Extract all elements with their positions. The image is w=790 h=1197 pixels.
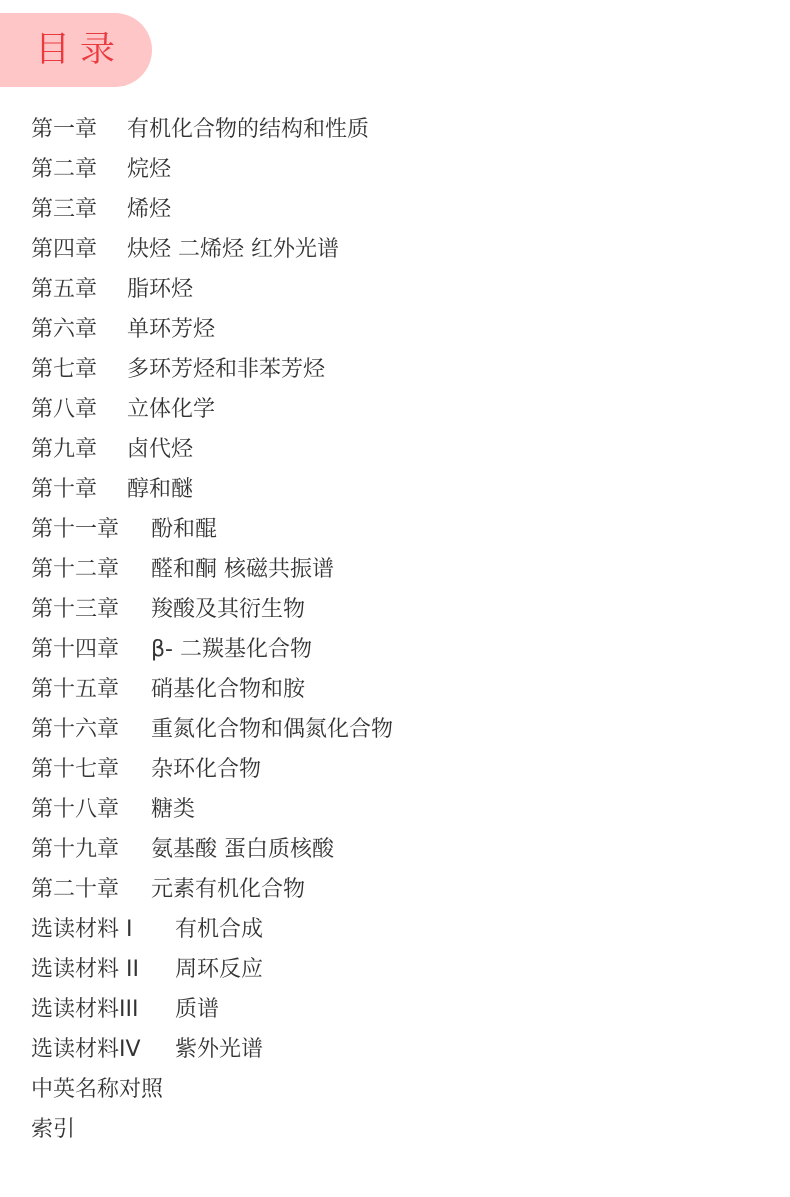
chapter-title: 脂环烃 <box>127 270 193 310</box>
chapter-title: 羧酸及其衍生物 <box>151 590 305 630</box>
toc-item-chapter-11[interactable]: 第十一章酚和醌 <box>31 510 393 550</box>
reading-title: 紫外光谱 <box>175 1030 263 1070</box>
chapter-title: 有机化合物的结构和性质 <box>127 110 369 150</box>
toc-item-chapter-5[interactable]: 第五章脂环烃 <box>31 270 393 310</box>
chapter-label: 第六章 <box>31 310 127 350</box>
chapter-label: 第十三章 <box>31 590 151 630</box>
chapter-label: 第十六章 <box>31 710 151 750</box>
chapter-title: 烷烃 <box>127 150 171 190</box>
reading-title: 质谱 <box>175 990 219 1030</box>
toc-item-chapter-7[interactable]: 第七章多环芳烃和非苯芳烃 <box>31 350 393 390</box>
toc-item-reading-1[interactable]: 选读材料 I有机合成 <box>31 910 393 950</box>
toc-item-reading-2[interactable]: 选读材料 II周环反应 <box>31 950 393 990</box>
chapter-label: 第十七章 <box>31 750 151 790</box>
chapter-label: 第十二章 <box>31 550 151 590</box>
chapter-title: 杂环化合物 <box>151 750 261 790</box>
reading-label: 选读材料 II <box>31 950 175 990</box>
toc-item-chapter-20[interactable]: 第二十章元素有机化合物 <box>31 870 393 910</box>
toc-item-chapter-3[interactable]: 第三章烯烃 <box>31 190 393 230</box>
chapter-label: 第二十章 <box>31 870 151 910</box>
chapter-label: 第五章 <box>31 270 127 310</box>
chapter-title: 元素有机化合物 <box>151 870 305 910</box>
reading-title: 有机合成 <box>175 910 263 950</box>
chapter-title: 硝基化合物和胺 <box>151 670 305 710</box>
chapter-label: 第十一章 <box>31 510 151 550</box>
toc-item-chapter-12[interactable]: 第十二章醛和酮 核磁共振谱 <box>31 550 393 590</box>
chapter-label: 第三章 <box>31 190 127 230</box>
chapter-title: 醇和醚 <box>127 470 193 510</box>
chapter-title: β- 二羰基化合物 <box>151 630 312 670</box>
chapter-label: 第四章 <box>31 230 127 270</box>
toc-item-reading-3[interactable]: 选读材料III质谱 <box>31 990 393 1030</box>
toc-item-chapter-8[interactable]: 第八章立体化学 <box>31 390 393 430</box>
chapter-title: 烯烃 <box>127 190 171 230</box>
chapter-title: 单环芳烃 <box>127 310 215 350</box>
chapter-label: 第十九章 <box>31 830 151 870</box>
chapter-label: 第十五章 <box>31 670 151 710</box>
toc-title: 目录 <box>35 33 125 68</box>
toc-item-glossary[interactable]: 中英名称对照 <box>31 1070 393 1110</box>
chapter-title: 酚和醌 <box>151 510 217 550</box>
toc-item-index[interactable]: 索引 <box>31 1110 393 1150</box>
toc-item-chapter-10[interactable]: 第十章醇和醚 <box>31 470 393 510</box>
toc-item-chapter-17[interactable]: 第十七章杂环化合物 <box>31 750 393 790</box>
toc-list: 第一章有机化合物的结构和性质 第二章烷烃 第三章烯烃 第四章炔烃 二烯烃 红外光… <box>31 110 393 1150</box>
toc-item-chapter-2[interactable]: 第二章烷烃 <box>31 150 393 190</box>
reading-label: 选读材料III <box>31 990 175 1030</box>
toc-item-chapter-14[interactable]: 第十四章β- 二羰基化合物 <box>31 630 393 670</box>
chapter-label: 第八章 <box>31 390 127 430</box>
toc-item-chapter-19[interactable]: 第十九章氨基酸 蛋白质核酸 <box>31 830 393 870</box>
reading-label: 选读材料 I <box>31 910 175 950</box>
chapter-label: 第十章 <box>31 470 127 510</box>
chapter-title: 卤代烃 <box>127 430 193 470</box>
chapter-label: 第一章 <box>31 110 127 150</box>
chapter-label: 第七章 <box>31 350 127 390</box>
chapter-label: 第九章 <box>31 430 127 470</box>
glossary-label: 中英名称对照 <box>31 1070 163 1110</box>
toc-item-chapter-4[interactable]: 第四章炔烃 二烯烃 红外光谱 <box>31 230 393 270</box>
chapter-title: 重氮化合物和偶氮化合物 <box>151 710 393 750</box>
chapter-title: 氨基酸 蛋白质核酸 <box>151 830 334 870</box>
chapter-title: 醛和酮 核磁共振谱 <box>151 550 334 590</box>
chapter-title: 糖类 <box>151 790 195 830</box>
index-label: 索引 <box>31 1110 75 1150</box>
toc-header-banner: 目录 <box>0 13 152 87</box>
toc-item-chapter-13[interactable]: 第十三章羧酸及其衍生物 <box>31 590 393 630</box>
chapter-label: 第十八章 <box>31 790 151 830</box>
chapter-title: 立体化学 <box>127 390 215 430</box>
chapter-label: 第十四章 <box>31 630 151 670</box>
toc-item-chapter-16[interactable]: 第十六章重氮化合物和偶氮化合物 <box>31 710 393 750</box>
toc-item-reading-4[interactable]: 选读材料IV紫外光谱 <box>31 1030 393 1070</box>
toc-item-chapter-1[interactable]: 第一章有机化合物的结构和性质 <box>31 110 393 150</box>
toc-item-chapter-6[interactable]: 第六章单环芳烃 <box>31 310 393 350</box>
toc-item-chapter-18[interactable]: 第十八章糖类 <box>31 790 393 830</box>
reading-title: 周环反应 <box>175 950 263 990</box>
reading-label: 选读材料IV <box>31 1030 175 1070</box>
toc-item-chapter-9[interactable]: 第九章卤代烃 <box>31 430 393 470</box>
chapter-label: 第二章 <box>31 150 127 190</box>
toc-item-chapter-15[interactable]: 第十五章硝基化合物和胺 <box>31 670 393 710</box>
chapter-title: 炔烃 二烯烃 红外光谱 <box>127 230 339 270</box>
chapter-title: 多环芳烃和非苯芳烃 <box>127 350 325 390</box>
